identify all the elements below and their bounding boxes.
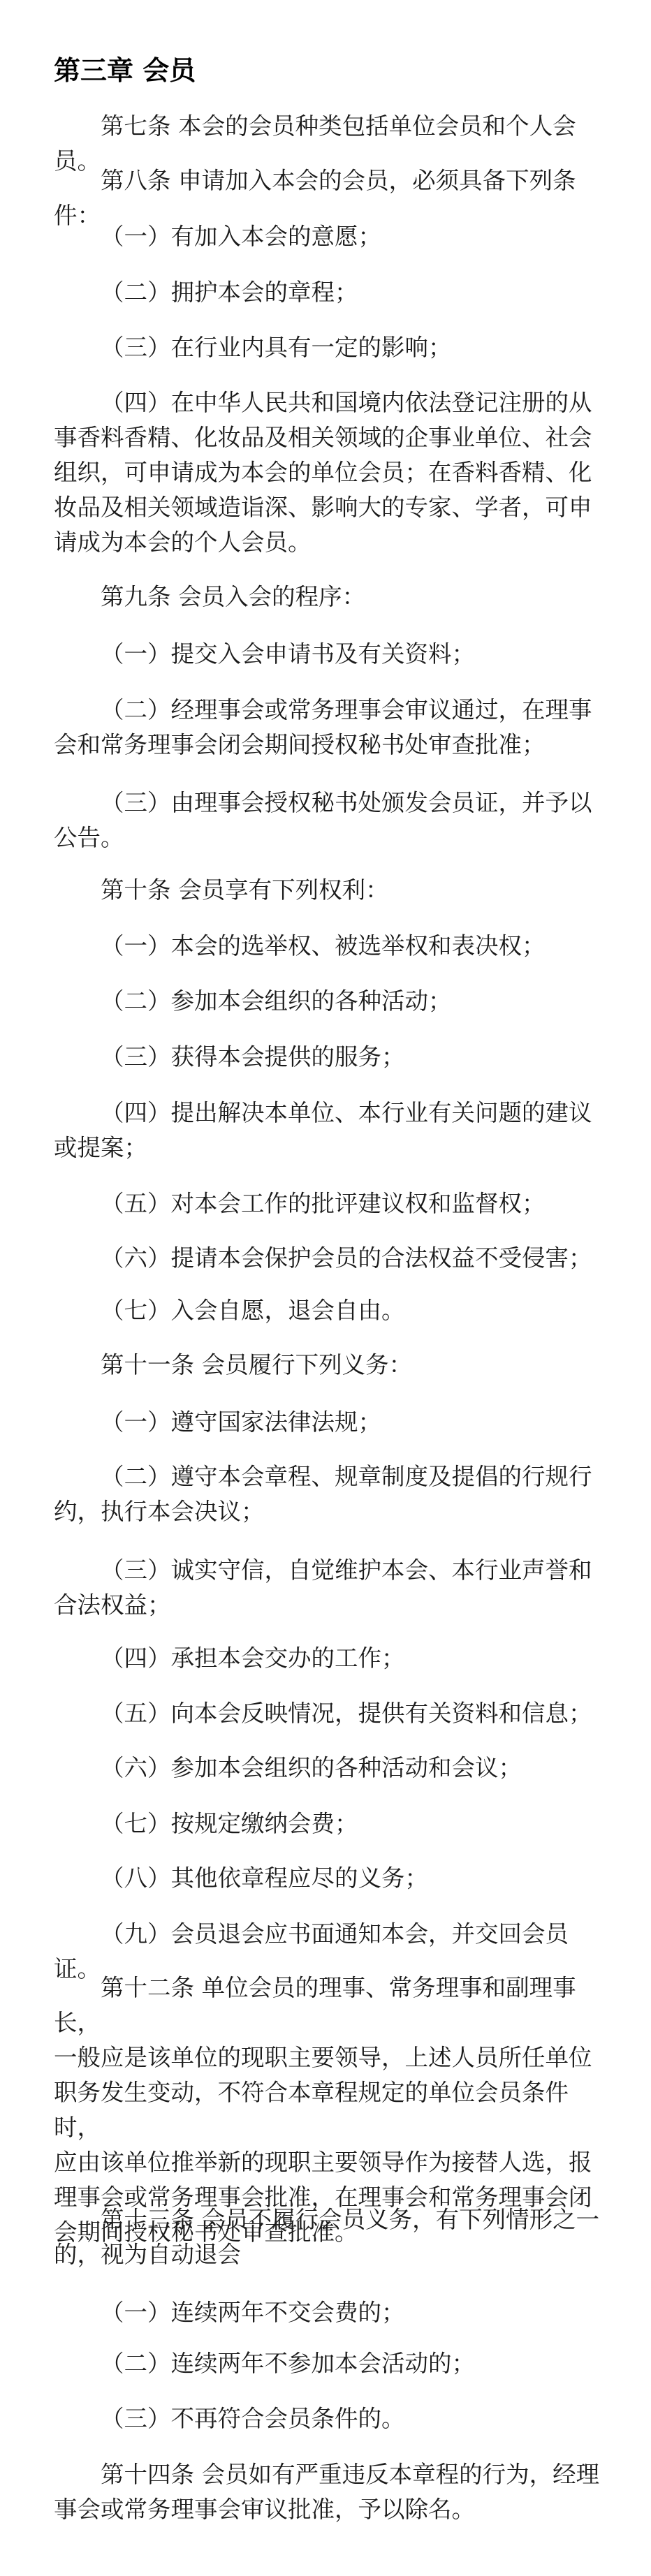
article-9-item-1: （一）提交入会申请书及有关资料； xyxy=(54,637,606,672)
article-8-item-1: （一）有加入本会的意愿； xyxy=(54,219,606,254)
article-11-item-4: （四）承担本会交办的工作； xyxy=(54,1641,606,1676)
article-13-item-1: （一）连续两年不交会费的； xyxy=(54,2295,606,2330)
article-13-item-3: （三）不再符合会员条件的。 xyxy=(54,2401,606,2436)
article-10-item-1: （一）本会的选举权、被选举权和表决权； xyxy=(54,929,606,964)
article-10-item-5: （五）对本会工作的批评建议权和监督权； xyxy=(54,1186,606,1221)
article-11-item-1: （一）遵守国家法律法规； xyxy=(54,1405,606,1440)
article-11: 第十一条 会员履行下列义务： xyxy=(54,1348,606,1383)
article-10-item-6: （六）提请本会保护会员的合法权益不受侵害； xyxy=(54,1241,606,1276)
article-10-item-3: （三）获得本会提供的服务； xyxy=(54,1040,606,1075)
article-10-item-2: （二）参加本会组织的各种活动； xyxy=(54,984,606,1019)
article-8-item-2: （二）拥护本会的章程； xyxy=(54,275,606,310)
article-14: 第十四条 会员如有严重违反本章程的行为，经理 事会或常务理事会审议批准，予以除名… xyxy=(54,2457,606,2527)
article-8-item-4: （四）在中华人民共和国境内依法登记注册的从 事香料香精、化妆品及相关领域的企事业… xyxy=(54,385,606,560)
article-11-item-2: （二）遵守本会章程、规章制度及提倡的行规行 约，执行本会决议； xyxy=(54,1459,606,1529)
article-9-item-2: （二）经理事会或常务理事会审议通过，在理事 会和常务理事会闭会期间授权秘书处审查… xyxy=(54,693,606,763)
article-13-item-2: （二）连续两年不参加本会活动的； xyxy=(54,2346,606,2381)
article-11-item-7: （七）按规定缴纳会费； xyxy=(54,1806,606,1841)
article-8-item-3: （三）在行业内具有一定的影响； xyxy=(54,330,606,365)
article-11-item-8: （八）其他依章程应尽的义务； xyxy=(54,1861,606,1896)
article-11-item-5: （五）向本会反映情况，提供有关资料和信息； xyxy=(54,1696,606,1731)
article-9: 第九条 会员入会的程序： xyxy=(54,580,606,614)
chapter-title: 第三章 会员 xyxy=(54,54,196,87)
article-9-item-3: （三）由理事会授权秘书处颁发会员证，并予以 公告。 xyxy=(54,786,606,855)
article-10-item-4: （四）提出解决本单位、本行业有关问题的建议 或提案； xyxy=(54,1096,606,1165)
article-10: 第十条 会员享有下列权利： xyxy=(54,873,606,908)
article-11-item-3: （三）诚实守信，自觉维护本会、本行业声誉和 合法权益； xyxy=(54,1553,606,1623)
article-10-item-7: （七）入会自愿，退会自由。 xyxy=(54,1293,606,1328)
article-13: 第十三条 会员不履行会员义务，有下列情形之一 的，视为自动退会 xyxy=(54,2202,606,2272)
article-11-item-6: （六）参加本会组织的各种活动和会议； xyxy=(54,1751,606,1786)
